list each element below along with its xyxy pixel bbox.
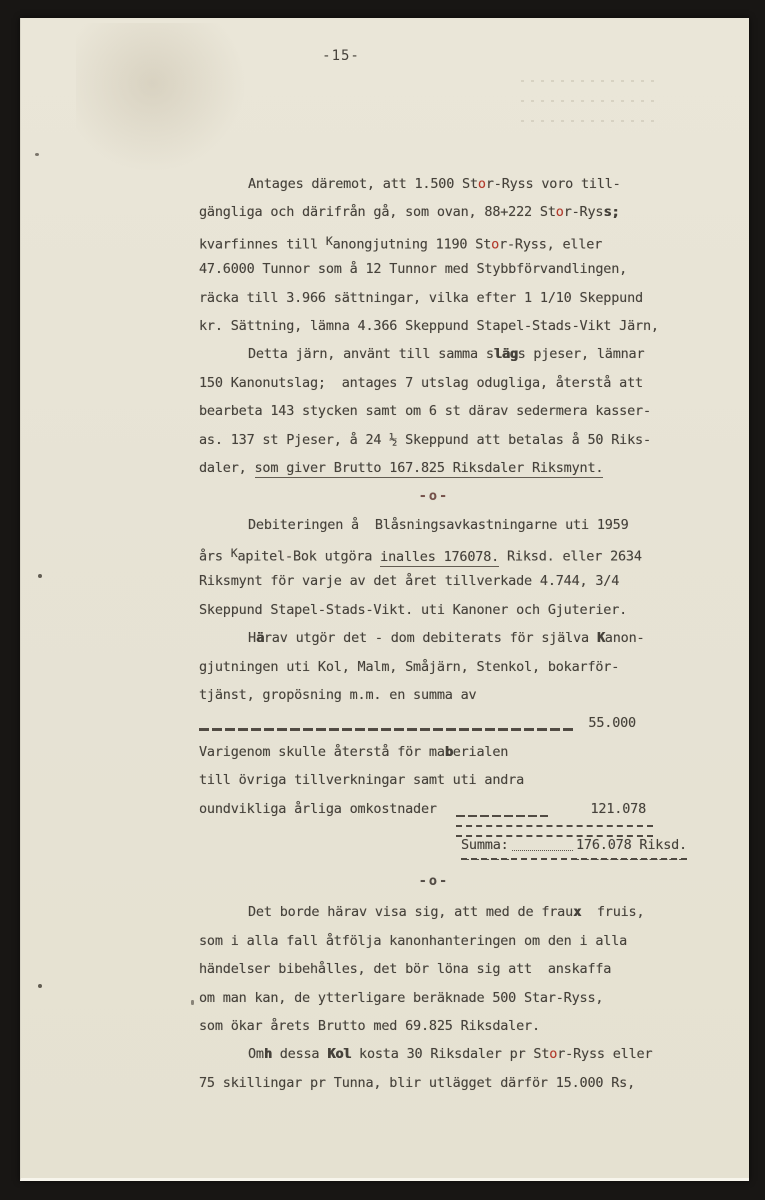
page-number: -15- — [21, 48, 661, 64]
leader-line — [456, 815, 548, 817]
text-line: Omh dessa Kol kosta 30 Riksdaler pr Stor… — [199, 1040, 677, 1068]
amount-value: 55.000 — [588, 709, 636, 737]
text-line: bearbeta 143 stycken samt om 6 st därav … — [199, 397, 677, 425]
text-line: års Kapitel-Bok utgöra inalles 176078. R… — [199, 539, 677, 567]
red-correction: o — [478, 176, 486, 192]
text-segment: Riksd. eller 2634 — [499, 549, 642, 565]
text-segment: Det borde härav visa sig, att med de fra… — [248, 904, 573, 920]
text-segment: anongjutning 1190 St — [333, 236, 492, 252]
text-segment: r-Ryss, eller — [499, 236, 602, 252]
text-line: daler, som giver Brutto 167.825 Riksdale… — [199, 454, 677, 482]
red-correction: o — [491, 236, 499, 252]
text-segment: rav utgör det - dom debiterats för själv… — [264, 630, 597, 646]
paragraph: Varigenom skulle återstå för maberialent… — [199, 738, 677, 795]
paragraph: Detta järn, använt till samma slägs pjes… — [199, 340, 677, 482]
text-line: Debiteringen å Blåsningsavkastningarne u… — [199, 511, 677, 539]
text-segment: daler, — [199, 460, 255, 476]
text-segment: 47.6000 Tunnor som å 12 Tunnor med Stybb… — [199, 261, 627, 277]
text-segment: s; — [603, 204, 619, 220]
text-line: Detta järn, använt till samma slägs pjes… — [199, 340, 677, 368]
text-segment: erialen — [453, 744, 509, 760]
text-segment: K — [326, 234, 333, 248]
text-segment: x — [573, 904, 581, 920]
faint-pencil-marks — [521, 80, 661, 140]
amount-label: oundvikliga årliga omkostnader — [199, 801, 437, 817]
paper-speck — [191, 1000, 194, 1005]
text-segment: Debiteringen å Blåsningsavkastningarne u… — [248, 517, 629, 533]
summa-label: Summa: — [461, 831, 509, 860]
red-correction: o — [556, 204, 564, 220]
text-line: om man kan, de ytterligare beräknade 500… — [199, 984, 677, 1012]
text-line: kr. Sättning, lämna 4.366 Skeppund Stape… — [199, 312, 677, 340]
text-line: som i alla fall åtfölja kanonhanteringen… — [199, 927, 677, 955]
text-line: till övriga tillverkningar samt uti andr… — [199, 766, 677, 794]
text-line: Härav utgör det - dom debiterats för sjä… — [199, 624, 677, 652]
text-segment: som i alla fall åtfölja kanonhanteringen… — [199, 933, 627, 949]
leader-line — [199, 728, 574, 730]
text-segment: som ökar årets Brutto med 69.825 Riksdal… — [199, 1018, 540, 1034]
text-segment: b — [445, 744, 453, 760]
text-line: 150 Kanonutslag; antages 7 utslag odugli… — [199, 369, 677, 397]
text-segment: r-Ryss voro till- — [486, 176, 621, 192]
text-segment: as. 137 st Pjeser, å 24 ½ Skeppund att b… — [199, 432, 651, 448]
text-block: Antages däremot, att 1.500 Stor-Ryss vor… — [199, 170, 677, 1097]
text-line: 75 skillingar pr Tunna, blir utlägget dä… — [199, 1069, 677, 1097]
paper-speck — [35, 153, 39, 156]
text-segment: kosta 30 Riksdaler pr St — [351, 1046, 549, 1062]
text-segment: kvarfinnes till — [199, 236, 326, 252]
text-segment: Detta järn, använt till samma s — [248, 346, 494, 362]
text-line: Skeppund Stapel-Stads-Vikt. uti Kanoner … — [199, 596, 677, 624]
paragraph: Debiteringen å Blåsningsavkastningarne u… — [199, 511, 677, 625]
paper-speck — [38, 984, 42, 988]
text-line: tjänst, gropösning m.m. en summa av — [199, 681, 677, 709]
text-line: Antages däremot, att 1.500 Stor-Ryss vor… — [199, 170, 677, 198]
text-line: räcka till 3.966 sättningar, vilka efter… — [199, 284, 677, 312]
text-segment: inalles 176078. — [380, 549, 499, 567]
text-segment: om man kan, de ytterligare beräknade 500… — [199, 990, 603, 1006]
text-segment: Om — [248, 1046, 264, 1062]
text-segment: anon- — [605, 630, 645, 646]
text-line: 47.6000 Tunnor som å 12 Tunnor med Stybb… — [199, 255, 677, 283]
text-segment: bearbeta 143 stycken samt om 6 st därav … — [199, 403, 651, 419]
text-segment: läg — [494, 346, 518, 362]
amount-value: 121.078 — [591, 795, 647, 823]
section-divider: -o- — [199, 867, 669, 895]
text-segment: Riksmynt för varje av det året tillverka… — [199, 573, 619, 589]
text-segment: Kol — [327, 1046, 351, 1062]
text-segment: Antages däremot, att 1.500 St — [248, 176, 478, 192]
amount-row: oundvikliga årliga omkostnader121.078 — [199, 795, 646, 823]
text-line: Riksmynt för varje av det året tillverka… — [199, 567, 677, 595]
text-line: gjutningen uti Kol, Malm, Småjärn, Stenk… — [199, 653, 677, 681]
text-segment: räcka till 3.966 sättningar, vilka efter… — [199, 290, 643, 306]
text-segment: Varigenom skulle återstå för ma — [199, 744, 445, 760]
amount-fill-row: 55.000 — [199, 709, 636, 737]
summa-value: 176.078 Riksd. — [576, 831, 687, 860]
text-segment: Skeppund Stapel-Stads-Vikt. uti Kanoner … — [199, 602, 627, 618]
text-segment: gjutningen uti Kol, Malm, Småjärn, Stenk… — [199, 659, 619, 675]
paper-stain — [76, 23, 246, 173]
text-segment: gängliga och därifrån gå, som ovan, 88+2… — [199, 204, 556, 220]
text-segment: års — [199, 549, 231, 565]
text-segment: r-Ryss eller — [557, 1046, 652, 1062]
text-segment: 75 skillingar pr Tunna, blir utlägget dä… — [199, 1075, 635, 1091]
text-line: kvarfinnes till Kanongjutning 1190 Stor-… — [199, 227, 677, 255]
paragraph: Det borde härav visa sig, att med de fra… — [199, 898, 677, 1040]
text-segment: dessa — [272, 1046, 328, 1062]
text-segment: h — [264, 1046, 272, 1062]
paragraph: Antages däremot, att 1.500 Stor-Ryss vor… — [199, 170, 677, 340]
text-segment: K — [597, 630, 605, 646]
text-segment: tjänst, gropösning m.m. en summa av — [199, 687, 476, 703]
paper-speck — [38, 574, 42, 578]
text-segment: s pjeser, lämnar — [518, 346, 645, 362]
text-segment: kr. Sättning, lämna 4.366 Skeppund Stape… — [199, 318, 659, 334]
text-segment: till övriga tillverkningar samt uti andr… — [199, 772, 524, 788]
text-segment: H — [248, 630, 256, 646]
text-segment: som giver Brutto 167.825 Riksdaler Riksm… — [255, 460, 604, 478]
text-line: händelser bibehålles, det bör löna sig a… — [199, 955, 677, 983]
text-line: as. 137 st Pjeser, å 24 ½ Skeppund att b… — [199, 426, 677, 454]
text-segment: apitel-Bok utgöra — [237, 549, 380, 565]
paragraph: Omh dessa Kol kosta 30 Riksdaler pr Stor… — [199, 1040, 677, 1097]
text-segment: r-Rys — [564, 204, 604, 220]
section-divider: -o- — [199, 482, 669, 510]
text-line: som ökar årets Brutto med 69.825 Riksdal… — [199, 1012, 677, 1040]
text-segment: 150 Kanonutslag; antages 7 utslag odugli… — [199, 375, 643, 391]
document-page: -15- Antages däremot, att 1.500 Stor-Rys… — [20, 18, 749, 1181]
text-segment: ä — [256, 630, 264, 646]
text-segment: händelser bibehålles, det bör löna sig a… — [199, 961, 611, 977]
summa-row: Summa:176.078 Riksd. — [461, 831, 687, 860]
text-line: Det borde härav visa sig, att med de fra… — [199, 898, 677, 926]
paragraph: Härav utgör det - dom debiterats för sjä… — [199, 624, 677, 709]
text-line: gängliga och därifrån gå, som ovan, 88+2… — [199, 198, 677, 226]
text-line: Varigenom skulle återstå för maberialen — [199, 738, 677, 766]
leader-line — [512, 850, 573, 851]
text-segment: fruis, — [581, 904, 644, 920]
